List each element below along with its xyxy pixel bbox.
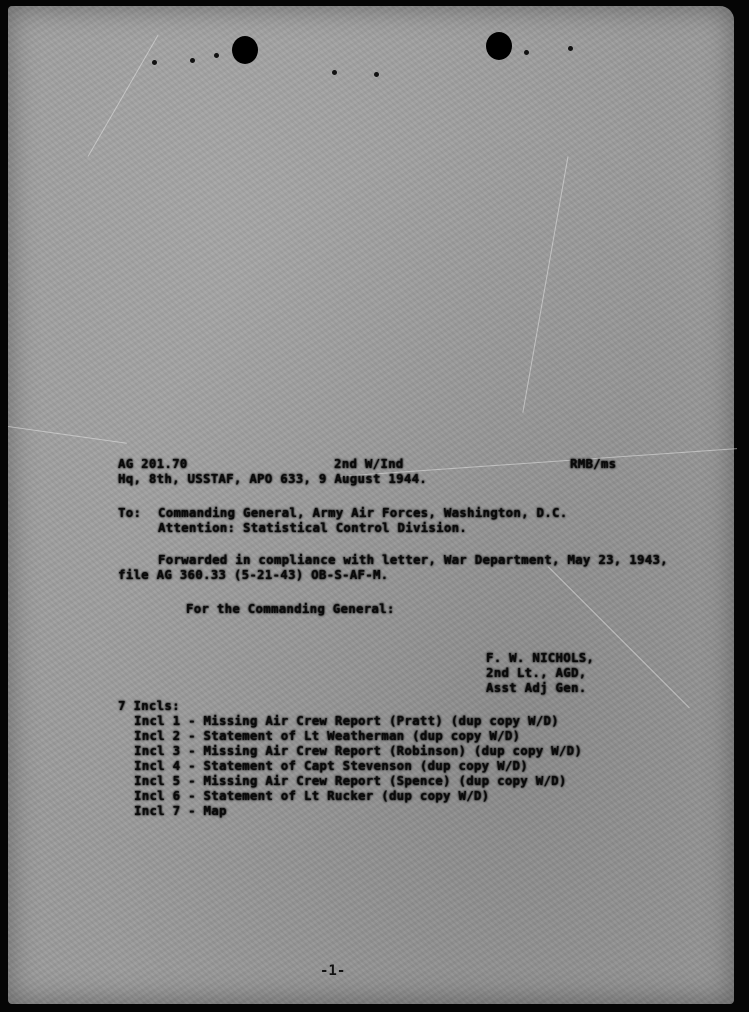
endorsement-label: 2nd W/Ind bbox=[334, 456, 404, 471]
addressee-line-1: Commanding General, Army Air Forces, Was… bbox=[158, 505, 567, 520]
signature-name: F. W. NICHOLS, bbox=[486, 650, 594, 665]
speck bbox=[152, 60, 157, 65]
punch-hole bbox=[232, 36, 258, 64]
page-number: -1- bbox=[320, 963, 345, 979]
closing-line: For the Commanding General: bbox=[186, 601, 395, 616]
signature-title: Asst Adj Gen. bbox=[486, 680, 586, 695]
enclosure-item: Incl 7 - Map bbox=[134, 803, 227, 818]
speck bbox=[374, 72, 379, 77]
enclosure-item: Incl 3 - Missing Air Crew Report (Robins… bbox=[134, 743, 582, 758]
body-line-2: file AG 360.33 (5-21-43) OB-S-AF-M. bbox=[118, 567, 388, 582]
enclosure-item: Incl 6 - Statement of Lt Rucker (dup cop… bbox=[134, 788, 489, 803]
signature-rank: 2nd Lt., AGD, bbox=[486, 665, 586, 680]
speck bbox=[524, 50, 529, 55]
speck bbox=[214, 53, 219, 58]
scratch bbox=[8, 426, 127, 444]
body-line-1: Forwarded in compliance with letter, War… bbox=[158, 552, 668, 567]
enclosure-item: Incl 5 - Missing Air Crew Report (Spence… bbox=[134, 773, 567, 788]
punch-hole bbox=[486, 32, 512, 60]
scratch bbox=[522, 156, 568, 412]
to-label: To: bbox=[118, 505, 141, 520]
speck bbox=[568, 46, 573, 51]
enclosures-heading: 7 Incls: bbox=[118, 698, 180, 713]
typist-initials: RMB/ms bbox=[570, 456, 616, 471]
origin-line: Hq, 8th, USSTAF, APO 633, 9 August 1944. bbox=[118, 471, 427, 486]
scratch bbox=[88, 35, 159, 157]
addressee-line-2: Attention: Statistical Control Division. bbox=[158, 520, 467, 535]
speck bbox=[190, 58, 195, 63]
speck bbox=[332, 70, 337, 75]
enclosure-item: Incl 2 - Statement of Lt Weatherman (dup… bbox=[134, 728, 520, 743]
enclosure-item: Incl 1 - Missing Air Crew Report (Pratt)… bbox=[134, 713, 559, 728]
enclosure-item: Incl 4 - Statement of Capt Stevenson (du… bbox=[134, 758, 528, 773]
file-reference: AG 201.70 bbox=[118, 456, 188, 471]
